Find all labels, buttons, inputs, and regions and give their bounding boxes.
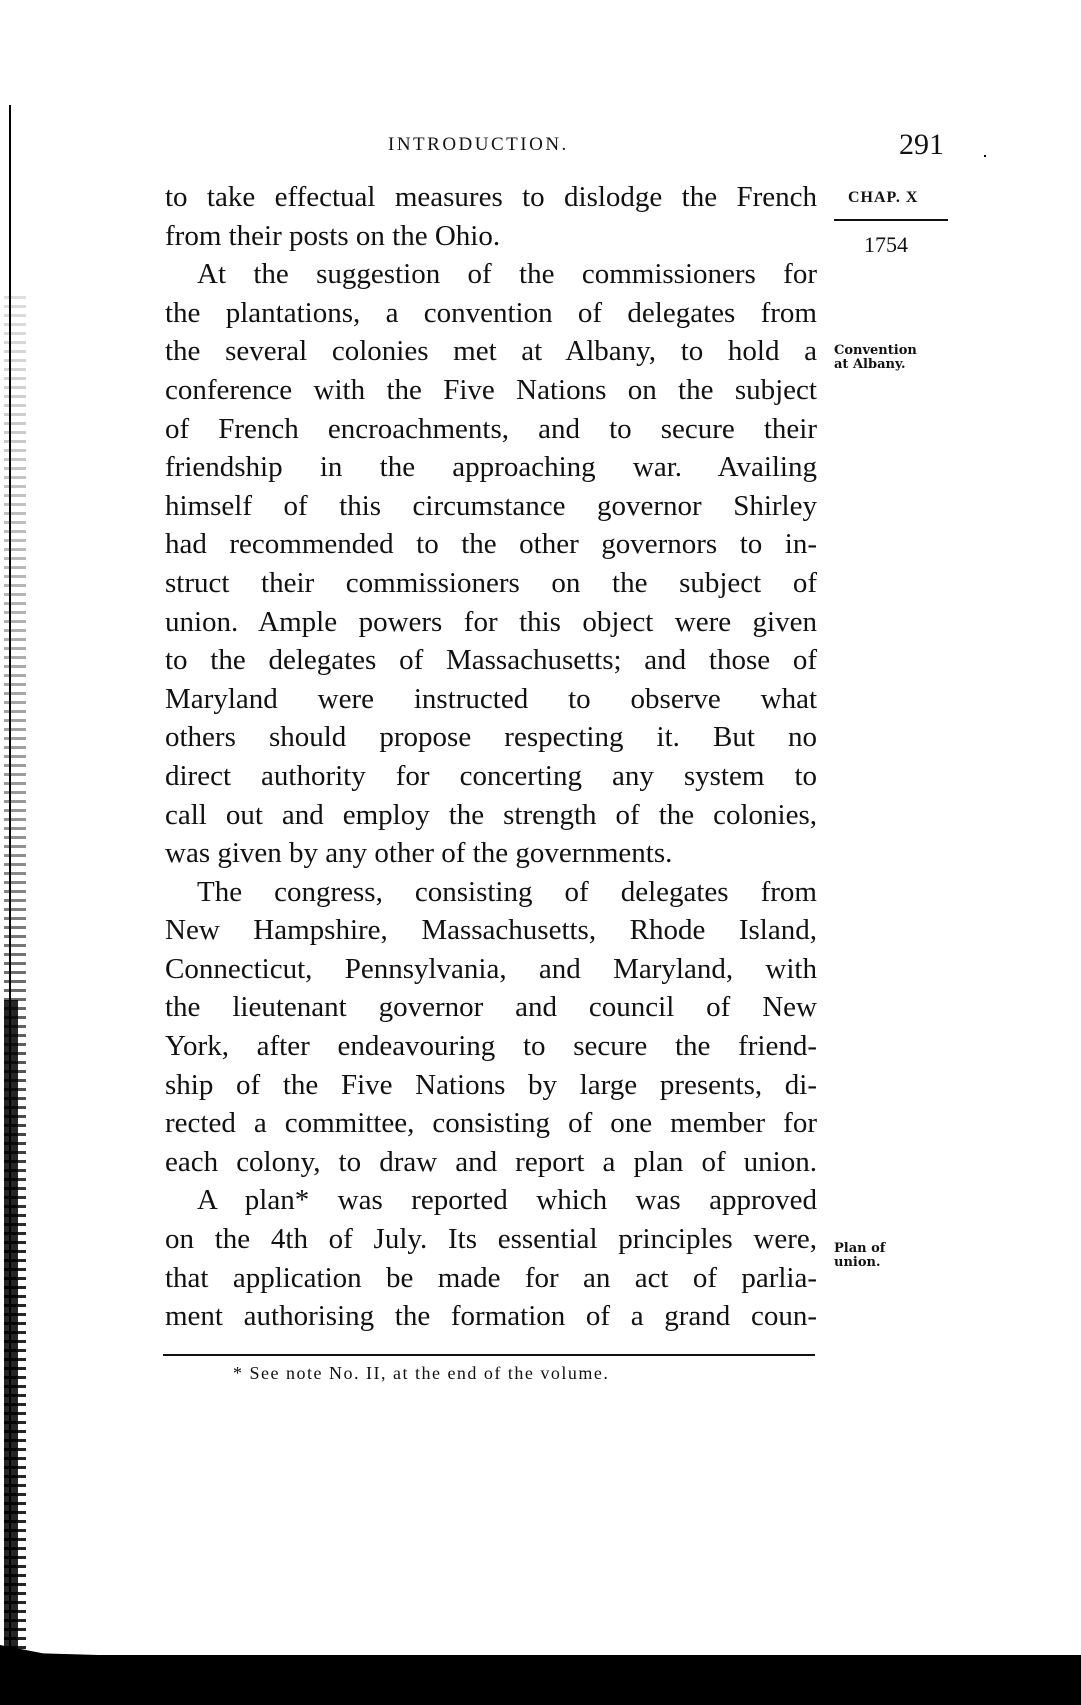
body-line: others should propose respecting it. But… <box>165 718 817 757</box>
scan-bottom-edge <box>0 1655 1081 1705</box>
body-line: Connecticut, Pennsylvania, and Maryland,… <box>165 950 817 989</box>
body-line: ment authorising the formation of a gran… <box>165 1297 817 1336</box>
running-head: INTRODUCTION. <box>388 134 569 156</box>
body-line: Maryland were instructed to observe what <box>165 680 817 719</box>
body-line: each colony, to draw and report a plan o… <box>165 1143 817 1182</box>
paragraph-first-line: A plan* was reported which was approved <box>165 1181 817 1220</box>
margin-rule <box>834 219 948 221</box>
paragraph-first-line: The congress, consisting of delegates fr… <box>165 873 817 912</box>
scan-speck <box>984 155 986 157</box>
body-line: himself of this circumstance governor Sh… <box>165 487 817 526</box>
scan-gutter-shadow <box>4 1000 18 1660</box>
paragraph-first-line: At the suggestion of the commissioners f… <box>165 255 817 294</box>
body-line: rected a committee, consisting of one me… <box>165 1104 817 1143</box>
body-line: struct their commissioners on the subjec… <box>165 564 817 603</box>
body-line: on the 4th of July. Its essential princi… <box>165 1220 817 1259</box>
margin-year: 1754 <box>864 232 908 258</box>
page-number: 291 <box>899 128 944 162</box>
body-line: York, after endeavouring to secure the f… <box>165 1027 817 1066</box>
margin-note-line: at Albany. <box>834 358 917 372</box>
body-line: was given by any other of the government… <box>165 834 817 873</box>
body-line: friendship in the approaching war. Avail… <box>165 448 817 487</box>
body-line: New Hampshire, Massachusetts, Rhode Isla… <box>165 911 817 950</box>
margin-note-line: Convention <box>834 344 917 358</box>
body-line: ship of the Five Nations by large presen… <box>165 1066 817 1105</box>
body-line: union. Ample powers for this object were… <box>165 603 817 642</box>
body-line: that application be made for an act of p… <box>165 1259 817 1298</box>
margin-note-line: Plan of <box>834 1242 885 1256</box>
body-line: of French encroachments, and to secure t… <box>165 410 817 449</box>
margin-chapter-label: CHAP. X <box>848 188 918 208</box>
footnote: * See note No. II, at the end of the vol… <box>233 1362 609 1384</box>
body-line: the plantations, a convention of delegat… <box>165 294 817 333</box>
body-line: direct authority for concerting any syst… <box>165 757 817 796</box>
body-line: had recommended to the other governors t… <box>165 525 817 564</box>
body-line: the lieutenant governor and council of N… <box>165 988 817 1027</box>
footnote-rule <box>163 1354 815 1356</box>
body-text: to take effectual measures to dislodge t… <box>165 178 817 1336</box>
body-line: to the delegates of Massachusetts; and t… <box>165 641 817 680</box>
body-line: call out and employ the strength of the … <box>165 796 817 835</box>
margin-note-line: union. <box>834 1256 885 1270</box>
margin-note-convention: Convention at Albany. <box>834 344 917 371</box>
body-line: to take effectual measures to dislodge t… <box>165 178 817 217</box>
body-line: from their posts on the Ohio. <box>165 217 817 256</box>
book-page: INTRODUCTION. 291 CHAP. X 1754 Conventio… <box>0 0 1081 1705</box>
margin-note-plan-of-union: Plan of union. <box>834 1242 885 1269</box>
body-line: conference with the Five Nations on the … <box>165 371 817 410</box>
body-line: the several colonies met at Albany, to h… <box>165 332 817 371</box>
